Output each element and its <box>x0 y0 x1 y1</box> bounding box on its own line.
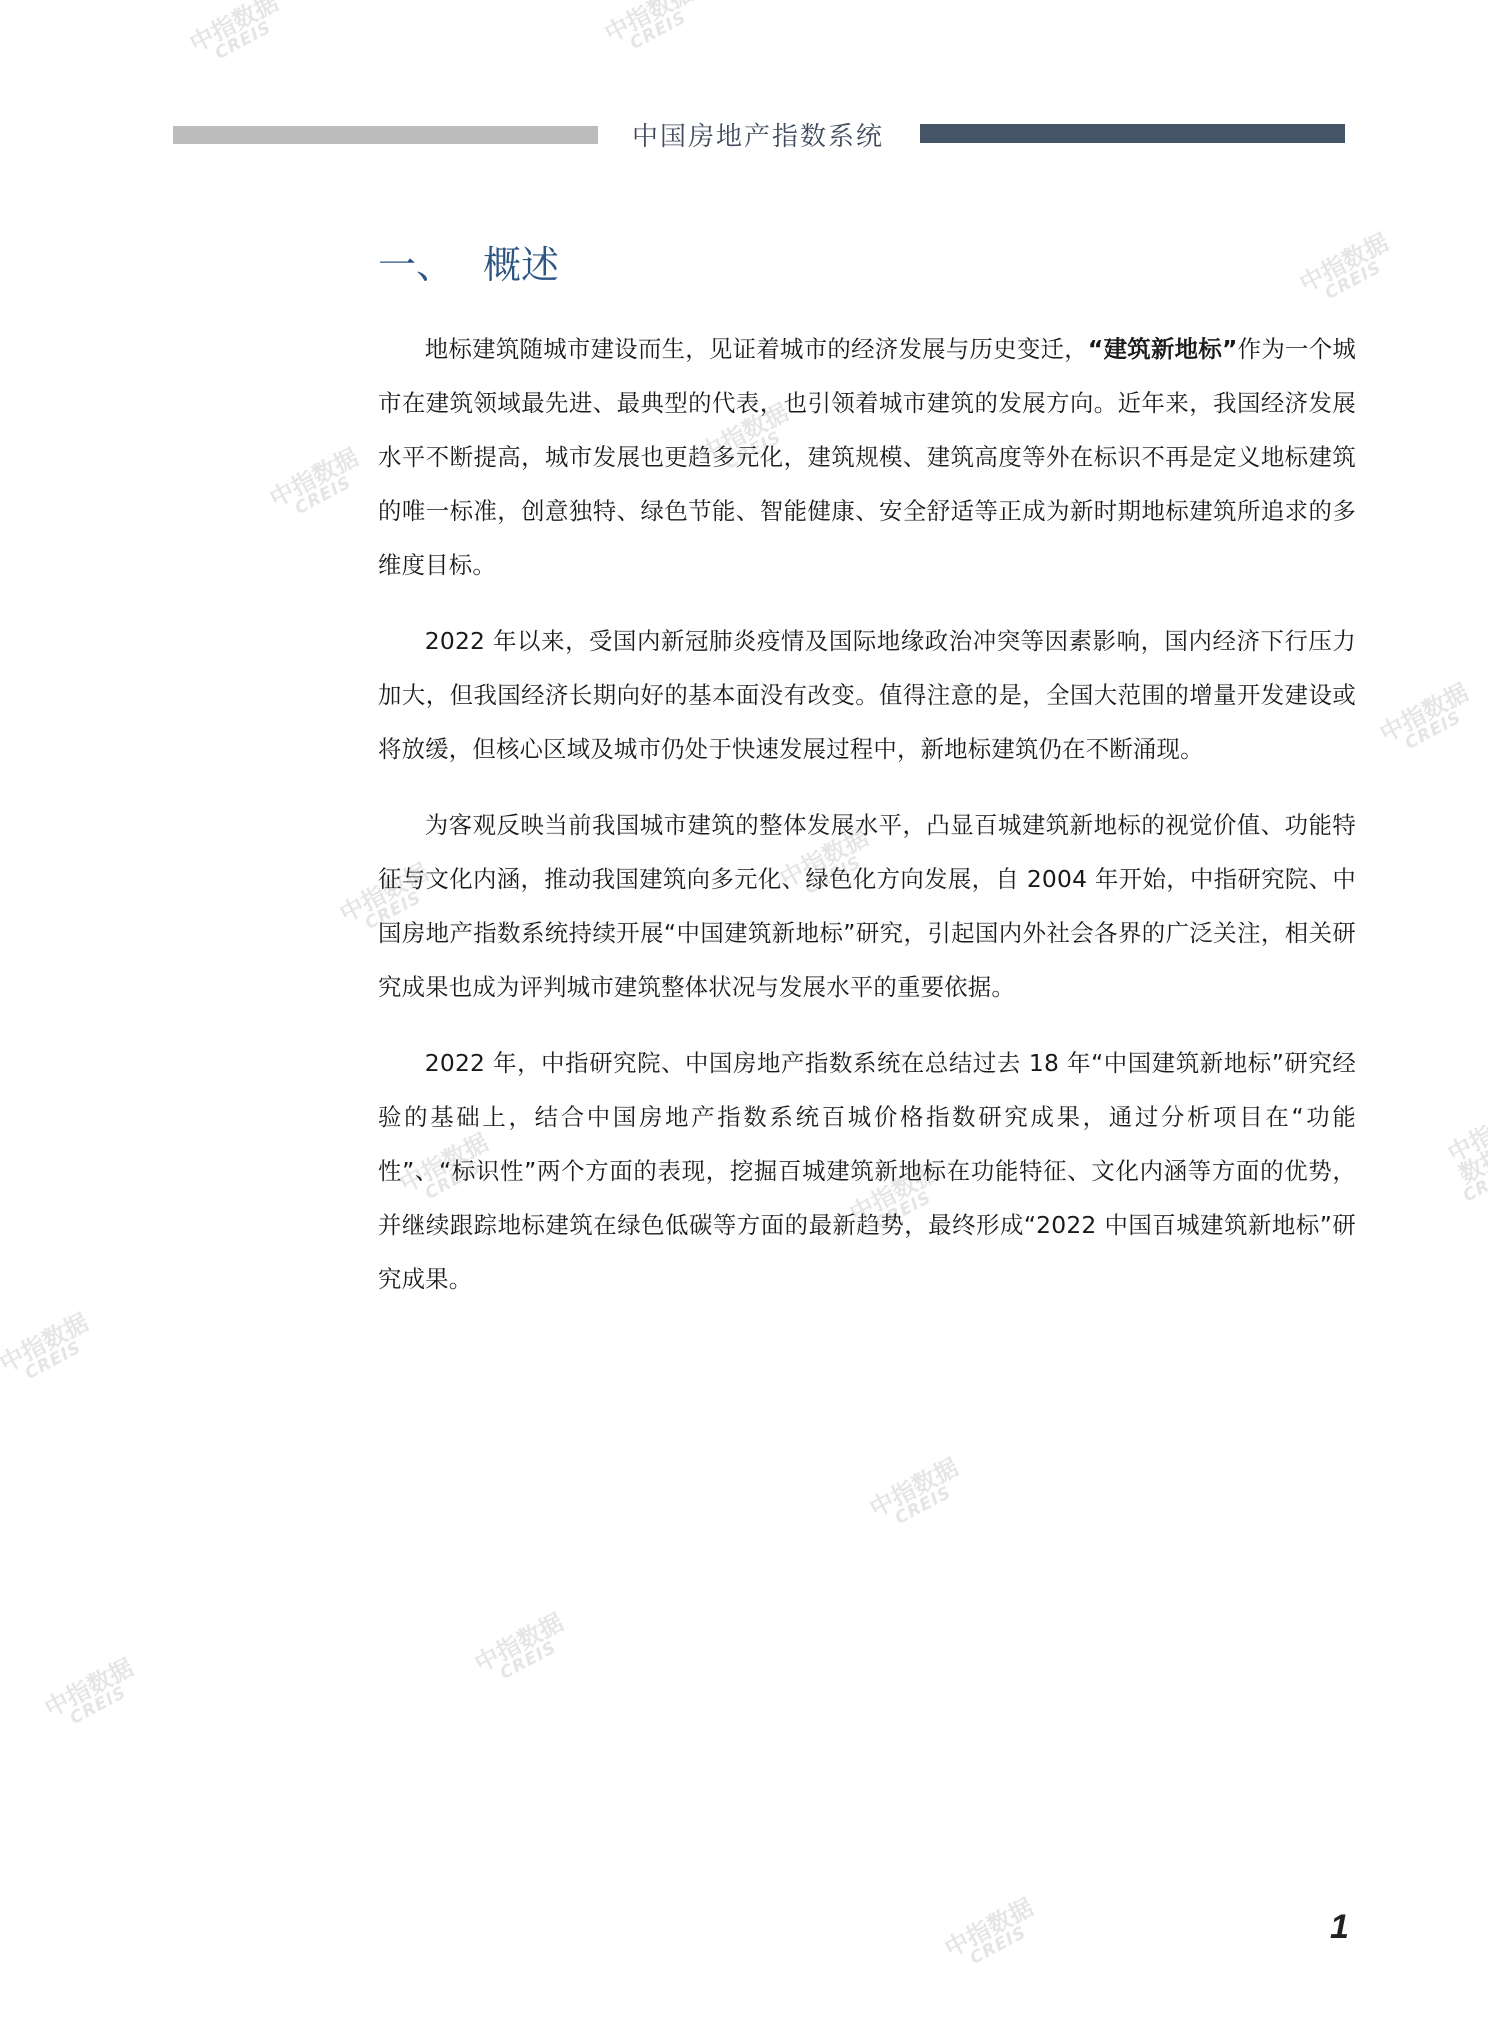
watermark: 中指数据CREIS <box>941 1895 1045 1976</box>
watermark: 中指数据CREIS <box>41 1655 145 1736</box>
watermark-cn: 中指数据 <box>1296 230 1392 296</box>
watermark-cn: 中指数据 <box>601 0 697 46</box>
watermark: 中指数据CREIS <box>1376 680 1480 761</box>
paragraph: 地标建筑随城市建设而生，见证着城市的经济发展与历史变迁，“建筑新地标”作为一个城… <box>378 322 1356 592</box>
watermark: 中指数据CREIS <box>1296 230 1400 311</box>
watermark: 中指数据CREIS <box>186 0 290 71</box>
paragraph-text: 作为一个城市在建筑领域最先进、最典型的代表，也引领着城市建筑的发展方向。近年来，… <box>378 335 1356 579</box>
watermark-en: CREIS <box>877 1476 970 1536</box>
paragraph: 为客观反映当前我国城市建筑的整体发展水平，凸显百城建筑新地标的视觉价值、功能特征… <box>378 798 1356 1014</box>
watermark: 中指数据CREIS <box>1438 1120 1488 1206</box>
watermark-cn: 中指数据 <box>866 1455 962 1521</box>
body-text: 地标建筑随城市建设而生，见证着城市的经济发展与历史变迁，“建筑新地标”作为一个城… <box>378 322 1356 1328</box>
watermark-en: CREIS <box>52 1676 145 1736</box>
section-number: 一、 <box>378 234 483 289</box>
watermark-cn: 中指数据 <box>266 445 362 511</box>
watermark-cn: 中指数据 <box>1438 1120 1488 1191</box>
page-number: 1 <box>1330 1908 1349 1947</box>
watermark: 中指数据CREIS <box>471 1610 575 1691</box>
watermark-cn: 中指数据 <box>1376 680 1472 746</box>
emphasis-text: “建筑新地标” <box>1088 335 1238 363</box>
header-bar-left <box>173 126 598 144</box>
section-title: 概述 <box>483 243 559 287</box>
watermark-en: CREIS <box>612 1 705 61</box>
watermark-cn: 中指数据 <box>941 1895 1037 1961</box>
paragraph: 2022 年以来，受国内新冠肺炎疫情及国际地缘政治冲突等因素影响，国内经济下行压… <box>378 614 1356 776</box>
watermark: 中指数据CREIS <box>866 1455 970 1536</box>
watermark-en: CREIS <box>197 11 290 71</box>
watermark-en: CREIS <box>482 1631 575 1691</box>
watermark-en: CREIS <box>7 1331 100 1391</box>
watermark-cn: 中指数据 <box>41 1655 137 1721</box>
watermark-en: CREIS <box>1307 251 1400 311</box>
watermark-cn: 中指数据 <box>471 1610 567 1676</box>
watermark-en: CREIS <box>952 1916 1045 1976</box>
paragraph-text: 地标建筑随城市建设而生，见证着城市的经济发展与历史变迁， <box>425 335 1088 363</box>
watermark: 中指数据CREIS <box>601 0 705 61</box>
watermark-en: CREIS <box>1387 701 1480 761</box>
watermark-en: CREIS <box>1461 1162 1488 1206</box>
header-title: 中国房地产指数系统 <box>632 116 884 153</box>
watermark-cn: 中指数据 <box>0 1310 92 1376</box>
watermark: 中指数据CREIS <box>266 445 370 526</box>
header-bar-right <box>920 124 1345 143</box>
section-heading: 一、概述 <box>378 234 559 289</box>
watermark: 中指数据CREIS <box>0 1310 100 1391</box>
watermark-en: CREIS <box>277 466 370 526</box>
paragraph: 2022 年，中指研究院、中国房地产指数系统在总结过去 18 年“中国建筑新地标… <box>378 1036 1356 1306</box>
watermark-cn: 中指数据 <box>186 0 282 56</box>
